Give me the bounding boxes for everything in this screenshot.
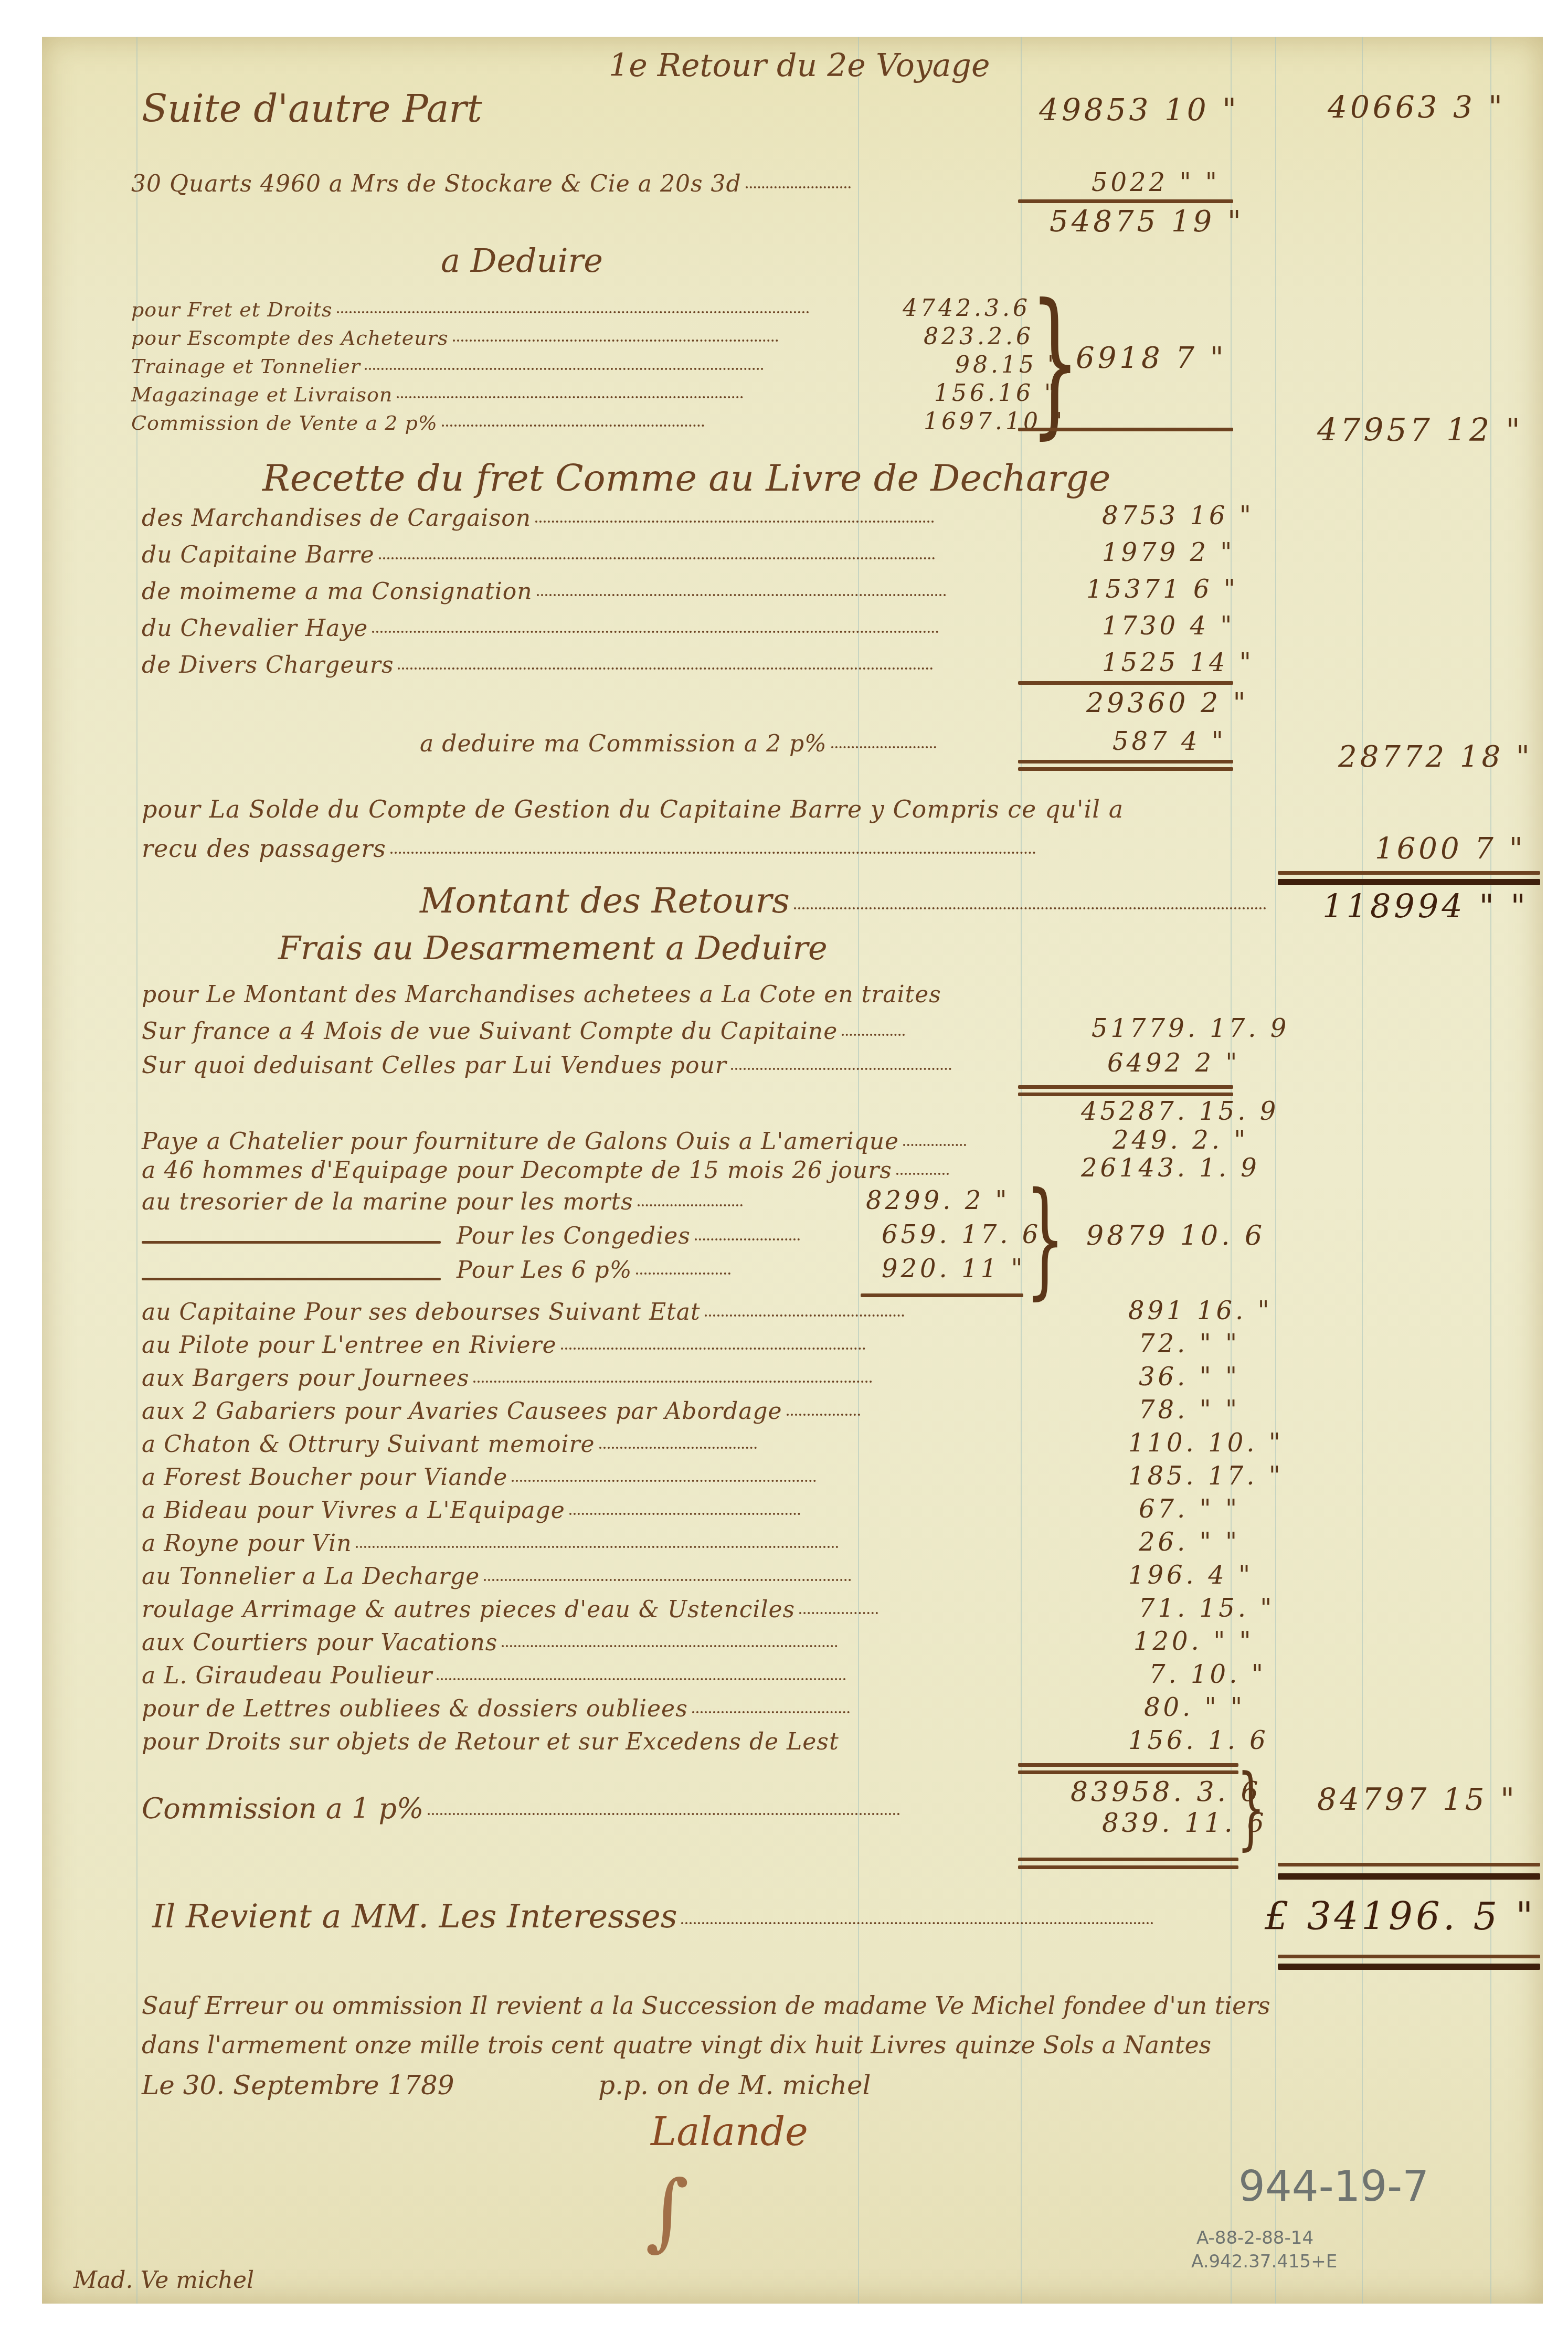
sum-rule	[1018, 1093, 1233, 1096]
frais-intro-label: Sur quoi deduisant Celles par Lui Vendue…	[142, 1052, 951, 1079]
expense-label: au Pilote pour L'entree en Riviere	[142, 1332, 865, 1359]
sum-rule	[1018, 1763, 1238, 1767]
sum-rule	[1018, 199, 1233, 203]
recettes-total: 29360 2 "	[1086, 687, 1248, 719]
deduction-label: Magazinage et Livraison	[131, 383, 743, 406]
revient-label: Il Revient a MM. Les Interesses	[152, 1897, 1153, 1935]
margin-note: Mad. Ve michel	[73, 2267, 254, 2294]
brace: }	[1025, 1175, 1065, 1301]
net-1: 47957 12 "	[1317, 412, 1523, 449]
frais-item-amount: 26143. 1. 9	[1081, 1153, 1260, 1183]
expense-amount: 71. 15. "	[1139, 1594, 1275, 1623]
sum-rule	[1018, 428, 1233, 431]
quarts-label: 30 Quarts 4960 a Mrs de Stockare & Cie a…	[131, 171, 851, 197]
sum-rule-heavy	[1278, 1964, 1540, 1970]
expense-label: aux Bargers pour Journees	[142, 1365, 872, 1392]
expense-amount: 80. " "	[1144, 1693, 1245, 1722]
solde-amount: 1600 7 "	[1375, 832, 1526, 866]
deduire-heading: a Deduire	[441, 241, 603, 280]
sum-rule	[1278, 1955, 1540, 1958]
deduction-label: Trainage et Tonnelier	[131, 355, 764, 378]
recette-label: du Chevalier Haye	[142, 615, 939, 642]
expense-amount: 72. " "	[1139, 1329, 1240, 1359]
pencil-note: A.942.37.415+E	[1191, 2251, 1337, 2272]
frais-item-label: a 46 hommes d'Equipage pour Decompte de …	[142, 1157, 949, 1184]
column-rule	[1275, 37, 1276, 2304]
recette-amount: 1525 14 "	[1102, 648, 1254, 677]
sum-rule	[1018, 760, 1233, 763]
deduction-label: Commission de Vente a 2 p%	[131, 411, 704, 434]
tresorier-amount: 659. 17. 6	[882, 1220, 1041, 1249]
expense-label: a Chaton & Ottrury Suivant memoire	[142, 1431, 757, 1458]
sum-rule	[1018, 1085, 1233, 1089]
expense-label: a Royne pour Vin	[142, 1530, 839, 1557]
tresorier-amount: 8299. 2 "	[866, 1186, 1010, 1215]
sum-rule	[1018, 1858, 1238, 1861]
recette-heading: Recette du fret Comme au Livre de Dechar…	[262, 457, 1111, 500]
frais-intro-label: Sur france a 4 Mois de vue Suivant Compt…	[142, 1018, 905, 1045]
montant-retours-amount: 118994 " "	[1322, 887, 1529, 925]
carry-forward-col1: 49853 10 "	[1039, 92, 1239, 128]
sum-rule-heavy	[1278, 879, 1540, 885]
frais-intro-label: pour Le Montant des Marchandises achetee…	[142, 981, 941, 1008]
deductions-total: 6918 7 "	[1076, 341, 1227, 375]
frais-heading: Frais au Desarmement a Deduire	[278, 929, 828, 967]
tresorier-total: 9879 10. 6	[1086, 1220, 1265, 1251]
sum-rule	[1018, 1770, 1238, 1774]
signature-flourish: ∫	[645, 2162, 689, 2260]
deduction-label: pour Escompte des Acheteurs	[131, 326, 778, 349]
page-title: 1e Retour du 2e Voyage	[609, 47, 990, 84]
montant-retours-label: Montant des Retours	[420, 881, 1266, 921]
brace: }	[1237, 1763, 1265, 1852]
frais-intro-amount: 51779. 17. 9	[1092, 1014, 1289, 1043]
recette-amount: 15371 6 "	[1086, 575, 1238, 604]
recette-amount: 8753 16 "	[1102, 501, 1254, 531]
expense-label: aux Courtiers pour Vacations	[142, 1629, 838, 1656]
expense-label: a Forest Boucher pour Viande	[142, 1464, 816, 1491]
tresorier-label: Pour les Congedies	[457, 1223, 800, 1249]
carry-forward-label: Suite d'autre Part	[142, 87, 482, 131]
expense-amount: 196. 4 "	[1128, 1561, 1253, 1590]
sum-rule	[1018, 681, 1233, 685]
frais-net: 45287. 15. 9	[1081, 1097, 1279, 1126]
tresorier-amount: 920. 11 "	[882, 1254, 1026, 1284]
indent-rule	[142, 1278, 441, 1280]
solde-label-2: recu des passagers	[142, 834, 1036, 863]
closing-line-1: Sauf Erreur ou ommission Il revient a la…	[142, 1991, 1270, 2020]
sum-rule	[861, 1293, 1023, 1297]
commission-1pct-label: Commission a 1 p%	[142, 1792, 900, 1825]
expense-label: au Tonnelier a La Decharge	[142, 1563, 851, 1590]
revient-amount: £ 34196. 5 "	[1265, 1894, 1536, 1938]
frais-item-label: Paye a Chatelier pour fourniture de Galo…	[142, 1128, 966, 1155]
expense-amount: 156. 1. 6	[1128, 1726, 1269, 1755]
brace: }	[1030, 283, 1080, 441]
expense-amount: 120. " "	[1133, 1627, 1254, 1656]
expense-label: au Capitaine Pour ses debourses Suivant …	[142, 1299, 904, 1325]
expense-amount: 67. " "	[1139, 1494, 1240, 1524]
frais-intro-amount: 6492 2 "	[1107, 1048, 1240, 1078]
sum-rule-heavy	[1278, 1873, 1540, 1880]
recette-amount: 1979 2 "	[1102, 538, 1235, 567]
recette-amount: 1730 4 "	[1102, 611, 1235, 641]
expense-amount: 26. " "	[1139, 1528, 1240, 1557]
grand-deduction: 84797 15 "	[1317, 1781, 1518, 1817]
sum-rule	[1278, 871, 1540, 875]
closing-line-2: dans l'armement onze mille trois cent qu…	[142, 2031, 1211, 2059]
expense-label: roulage Arrimage & autres pieces d'eau &…	[142, 1596, 878, 1623]
signature: Lalande	[651, 2109, 808, 2155]
closing-pp: p.p. on de M. michel	[598, 2070, 871, 2101]
expense-label: a Bideau pour Vivres a L'Equipage	[142, 1497, 800, 1524]
expense-amount: 185. 17. "	[1128, 1461, 1284, 1491]
closing-date: Le 30. Septembre 1789	[142, 2070, 454, 2101]
indent-rule	[142, 1241, 441, 1244]
deduction-amount: 4742.3.6	[903, 295, 1031, 322]
recettes-net: 28772 18 "	[1338, 740, 1533, 774]
expense-amount: 891 16. "	[1128, 1296, 1273, 1325]
expenses-total: 83958. 3. 6	[1071, 1776, 1262, 1808]
recette-label: du Capitaine Barre	[142, 542, 935, 568]
recette-label: de Divers Chargeurs	[142, 652, 933, 678]
sum-rule	[1018, 767, 1233, 771]
expense-label: aux 2 Gabariers pour Avaries Causees par…	[142, 1398, 860, 1425]
sum-rule	[1018, 1865, 1238, 1869]
expense-label: pour Droits sur objets de Retour et sur …	[142, 1728, 839, 1755]
tresorier-label: au tresorier de la marine pour les morts	[142, 1189, 743, 1215]
pencil-note: 944-19-7	[1238, 2162, 1429, 2211]
recette-label: de moimeme a ma Consignation	[142, 578, 946, 605]
pencil-note: A-88-2-88-14	[1196, 2228, 1313, 2248]
commission-label: a deduire ma Commission a 2 p%	[420, 730, 936, 757]
subtotal-1: 54875 19 "	[1050, 205, 1244, 239]
deduction-label: pour Fret et Droits	[131, 298, 809, 321]
commission-amount: 587 4 "	[1113, 727, 1226, 756]
expense-amount: 110. 10. "	[1128, 1428, 1284, 1458]
expense-label: pour de Lettres oubliees & dossiers oubl…	[142, 1695, 850, 1722]
carry-forward-col2: 40663 3 "	[1328, 89, 1506, 125]
expense-amount: 78. " "	[1139, 1395, 1240, 1425]
expense-label: a L. Giraudeau Poulieur	[142, 1662, 846, 1689]
deduction-amount: 823.2.6	[924, 323, 1034, 350]
expense-amount: 7. 10. "	[1149, 1660, 1266, 1689]
solde-label-1: pour La Solde du Compte de Gestion du Ca…	[142, 795, 1124, 823]
sum-rule	[1278, 1863, 1540, 1866]
ledger-sheet: 1e Retour du 2e Voyage Suite d'autre Par…	[42, 37, 1543, 2304]
expense-amount: 36. " "	[1139, 1362, 1240, 1392]
recette-label: des Marchandises de Cargaison	[142, 505, 934, 532]
quarts-amount: 5022 " "	[1092, 168, 1220, 197]
frais-item-amount: 249. 2. "	[1113, 1126, 1248, 1155]
tresorier-label: Pour Les 6 p%	[457, 1257, 730, 1284]
